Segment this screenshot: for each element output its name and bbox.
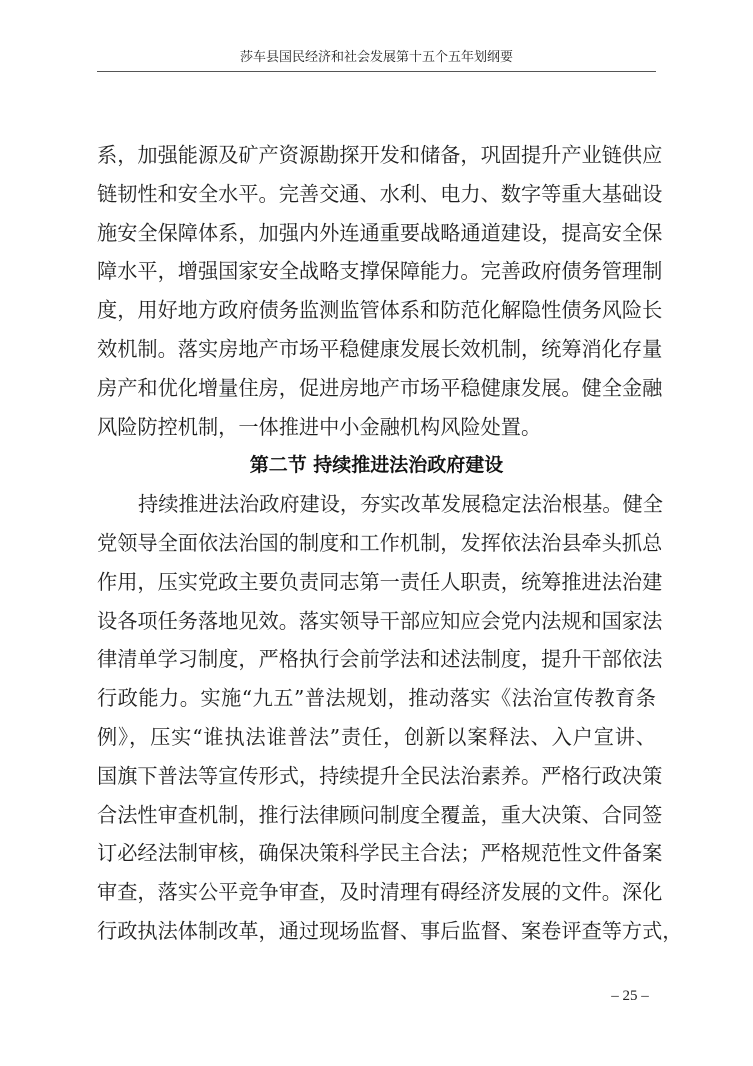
paragraph-continuation: 系，加强能源及矿产资源勘探开发和储备，巩固提升产业链供应 链韧性和安全水平。完善… (97, 136, 656, 446)
text-line: 系，加强能源及矿产资源勘探开发和储备，巩固提升产业链供应 (97, 136, 656, 175)
page-body: 系，加强能源及矿产资源勘探开发和储备，巩固提升产业链供应 链韧性和安全水平。完善… (97, 136, 656, 951)
text-line: 律清单学习制度，严格执行会前学法和述法制度，提升干部依法 (97, 640, 656, 679)
text-line: 持续推进法治政府建设，夯实改革发展稳定法治根基。健全 (97, 485, 656, 524)
running-header: 莎车县国民经济和社会发展第十五个五年划纲要 (97, 48, 656, 72)
text-line: 行政能力。实施“九五”普法规划，推动落实《法治宣传教育条 (97, 679, 656, 718)
text-line: 国旗下普法等宣传形式，持续提升全民法治素养。严格行政决策 (97, 757, 656, 796)
text-line: 行政执法体制改革，通过现场监督、事后监督、案卷评查等方式， (97, 912, 656, 951)
text-line: 作用，压实党政主要负责同志第一责任人职责，统筹推进法治建 (97, 563, 656, 602)
section-heading: 第二节 持续推进法治政府建设 (97, 446, 656, 485)
text-line: 合法性审查机制，推行法律顾问制度全覆盖，重大决策、合同签 (97, 796, 656, 835)
text-line: 订必经法制审核，确保决策科学民主合法；严格规范性文件备案 (97, 834, 656, 873)
document-title: 莎车县国民经济和社会发展第十五个五年划纲要 (240, 50, 513, 65)
text-line: 设各项任务落地见效。落实领导干部应知应会党内法规和国家法 (97, 602, 656, 641)
paragraph-rule-of-law: 持续推进法治政府建设，夯实改革发展稳定法治根基。健全 党领导全面依法治国的制度和… (97, 485, 656, 951)
text-line: 施安全保障体系，加强内外连通重要战略通道建设，提高安全保 (97, 214, 656, 253)
page-number: – 25 – (600, 988, 660, 1005)
text-line: 度，用好地方政府债务监测监管体系和防范化解隐性债务风险长 (97, 291, 656, 330)
text-line: 效机制。落实房地产市场平稳健康发展长效机制，统筹消化存量 (97, 330, 656, 369)
text-line: 风险防控机制，一体推进中小金融机构风险处置。 (97, 408, 656, 447)
text-line: 审查，落实公平竞争审查，及时清理有碍经济发展的文件。深化 (97, 873, 656, 912)
text-line: 党领导全面依法治国的制度和工作机制，发挥依法治县牵头抓总 (97, 524, 656, 563)
text-line: 例》，压实“谁执法谁普法”责任，创新以案释法、入户宣讲、 (97, 718, 656, 757)
text-line: 障水平，增强国家安全战略支撑保障能力。完善政府债务管理制 (97, 252, 656, 291)
text-line: 房产和优化增量住房，促进房地产市场平稳健康发展。健全金融 (97, 369, 656, 408)
text-line: 链韧性和安全水平。完善交通、水利、电力、数字等重大基础设 (97, 175, 656, 214)
